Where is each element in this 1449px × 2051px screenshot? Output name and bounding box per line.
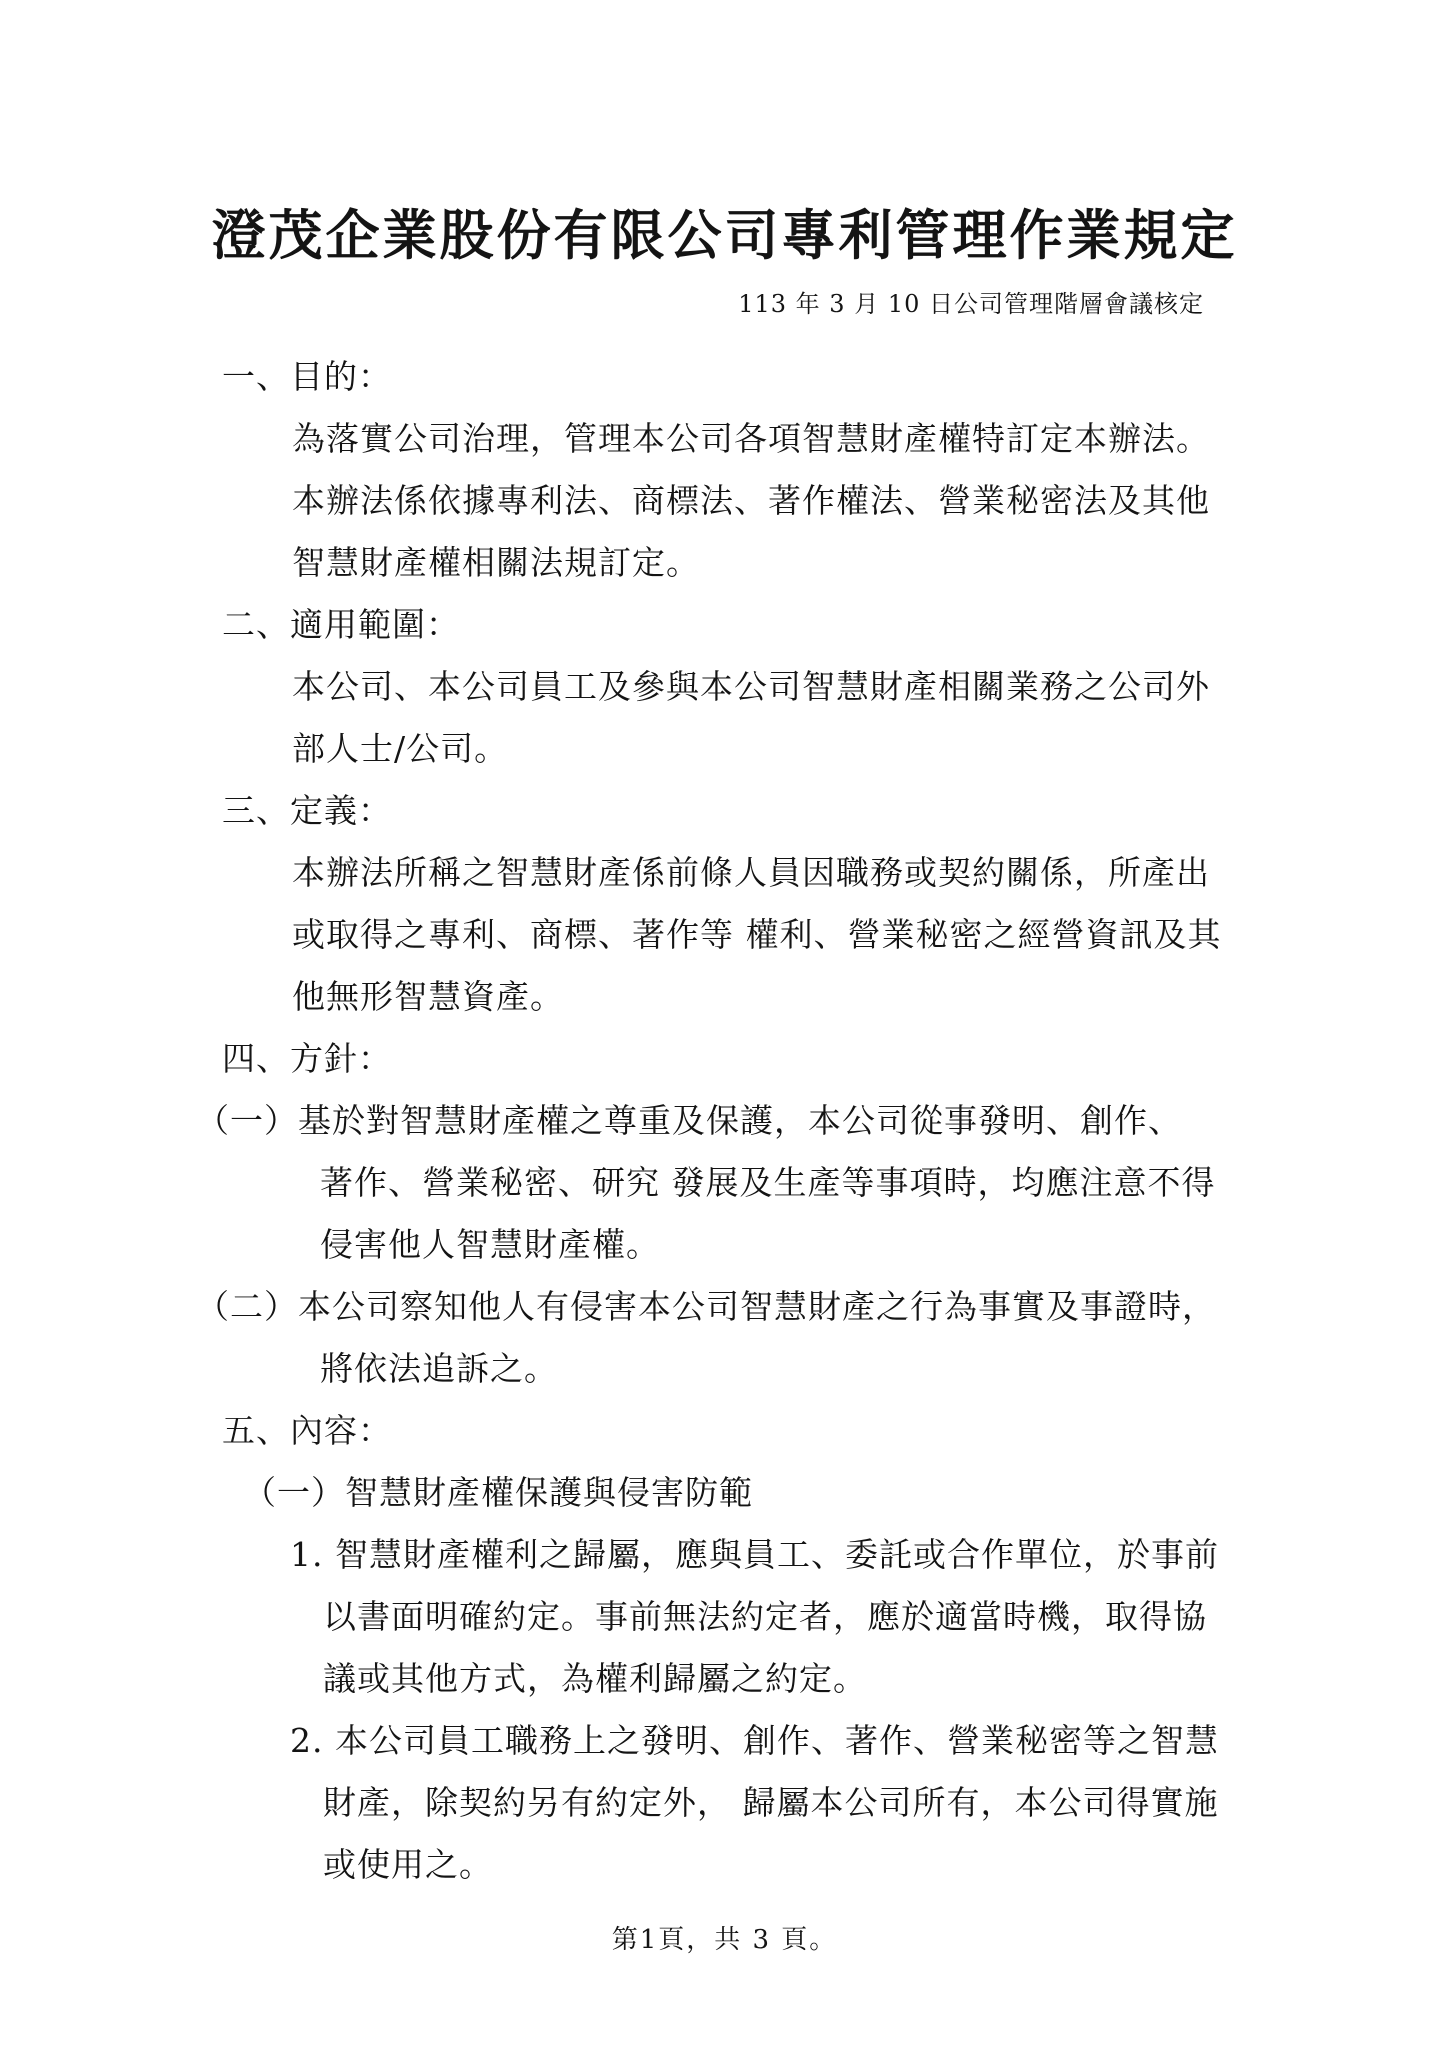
doc-line: 將依法追訴之。 — [0, 1338, 1449, 1400]
document-body: 一、目的： 為落實公司治理，管理本公司各項智慧財產權特訂定本辦法。 本辦法係依據… — [0, 346, 1449, 1896]
numbered-item: 1. 智慧財產權利之歸屬，應與員工、委託或合作單位，於事前 — [0, 1524, 1449, 1586]
doc-line: 本辦法所稱之智慧財產係前條人員因職務或契約關係，所產出 — [0, 842, 1449, 904]
doc-line: 以書面明確約定。事前無法約定者，應於適當時機，取得協 — [0, 1586, 1449, 1648]
doc-line: 議或其他方式，為權利歸屬之約定。 — [0, 1648, 1449, 1710]
doc-line: 智慧財產權相關法規訂定。 — [0, 532, 1449, 594]
doc-line: 本公司、本公司員工及參與本公司智慧財產相關業務之公司外 — [0, 656, 1449, 718]
document-page: 澄茂企業股份有限公司專利管理作業規定 113 年 3 月 10 日公司管理階層會… — [0, 0, 1449, 2051]
doc-line: 部人士/公司。 — [0, 718, 1449, 780]
approval-note: 113 年 3 月 10 日公司管理階層會議核定 — [0, 284, 1449, 324]
subsection-item: （二）本公司察知他人有侵害本公司智慧財產之行為事實及事證時， — [0, 1276, 1449, 1338]
document-title: 澄茂企業股份有限公司專利管理作業規定 — [0, 0, 1449, 274]
section-heading: 五、內容： — [0, 1400, 1449, 1462]
section-heading: 一、目的： — [0, 346, 1449, 408]
doc-line: 或使用之。 — [0, 1834, 1449, 1896]
section-heading: 二、適用範圍： — [0, 594, 1449, 656]
doc-line: 或取得之專利、商標、著作等 權利、營業秘密之經營資訊及其 — [0, 904, 1449, 966]
doc-line: 財產，除契約另有約定外， 歸屬本公司所有，本公司得實施 — [0, 1772, 1449, 1834]
doc-line: 著作、營業秘密、研究 發展及生產等事項時，均應注意不得 — [0, 1152, 1449, 1214]
subsection-item: （一）基於對智慧財產權之尊重及保護，本公司從事發明、創作、 — [0, 1090, 1449, 1152]
section-heading: 三、定義： — [0, 780, 1449, 842]
page-number-footer: 第1頁，共 3 頁。 — [0, 1918, 1449, 1962]
numbered-item: 2. 本公司員工職務上之發明、創作、著作、營業秘密等之智慧 — [0, 1710, 1449, 1772]
section-heading: 四、方針： — [0, 1028, 1449, 1090]
doc-line: 本辦法係依據專利法、商標法、著作權法、營業秘密法及其他 — [0, 470, 1449, 532]
doc-line: 他無形智慧資產。 — [0, 966, 1449, 1028]
doc-line: 為落實公司治理，管理本公司各項智慧財產權特訂定本辦法。 — [0, 408, 1449, 470]
doc-line: 侵害他人智慧財產權。 — [0, 1214, 1449, 1276]
subsection-item: （一）智慧財產權保護與侵害防範 — [0, 1462, 1449, 1524]
